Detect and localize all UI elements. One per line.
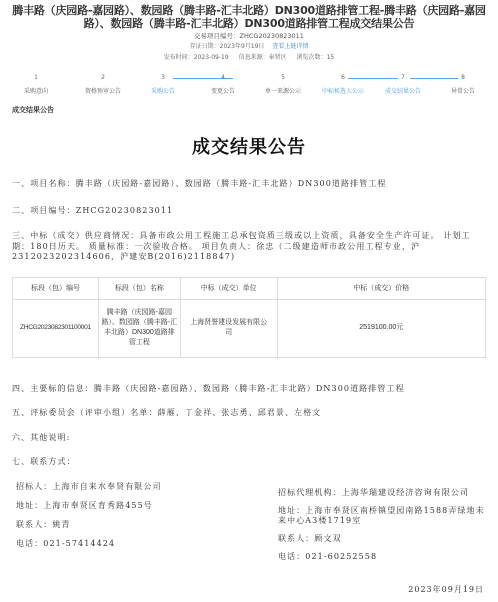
document-body: 一、项目名称：腾丰路（庆园路-嘉园路）、数园路（腾丰路-汇丰北路）DN300道路…: [0, 179, 498, 263]
step-label: 单一来源公示: [253, 88, 313, 96]
col-header-lot-code: 标段（包）编号: [13, 277, 99, 299]
committee-list: 五、评标委员会（评审小组）名单：薛雁、丁金祥、张志勇、邱君景、左格文: [12, 408, 486, 419]
step-6[interactable]: 6 中标候选人公示: [313, 74, 373, 96]
agency-contact-person: 联系人：顾文双: [278, 534, 492, 544]
table-header-row: 标段（包）编号 标段（包）名称 中标（成交）单位 中标（成交）价格: [13, 277, 486, 299]
step-number: 4: [193, 74, 253, 82]
step-label: 资格预审公告: [73, 88, 133, 96]
lot-code-cell: ZHCG2023082301100001: [13, 299, 99, 357]
step-label: 成交结果公告: [373, 88, 433, 96]
step-number: 1: [6, 74, 66, 82]
winner-cell: 上海贤誉建设发展有限公司: [180, 299, 277, 357]
info-source: 信息来源：奉贤区: [239, 54, 287, 61]
meta-line: 发布时间：2023-09-19 信息来源：奉贤区 浏览次数：15: [0, 54, 498, 62]
step-4[interactable]: 4 变更公告: [193, 74, 253, 96]
source-label: 信息来源：: [239, 54, 269, 61]
views-value: 15: [327, 54, 335, 61]
table-row: ZHCG2023082301100001 腾丰路（庆园路-嘉园路）、数园路（腾丰…: [13, 299, 486, 357]
step-label: 采购公告: [133, 88, 193, 96]
col-header-winner: 中标（成交）单位: [180, 277, 277, 299]
supplier-info: 三、中标（成交）供应商情况：具备市政公用工程施工总承包资质三级或以上资质，具备安…: [12, 231, 486, 263]
announcement-title: 腾丰路（庆园路-嘉园路）、数园路（腾丰路-汇丰北路）DN300道路排管工程-腾丰…: [0, 4, 498, 30]
project-code-line: 交易项目编号：ZHCG20230823011: [0, 32, 498, 40]
project-code-label: 交易项目编号：: [194, 32, 240, 40]
contact-heading: 七、联系方式：: [12, 457, 486, 468]
other-notes: 六、其他说明:: [12, 433, 486, 444]
lot-name-cell: 腾丰路（庆园路-嘉园路）、数园路（腾丰路-汇丰北路）DN300道路排管工程: [98, 299, 180, 357]
views-label: 浏览次数：: [297, 54, 327, 61]
project-name: 一、项目名称：腾丰路（庆园路-嘉园路）、数园路（腾丰路-汇丰北路）DN300道路…: [12, 179, 486, 190]
main-subject-info: 四、主要标的信息：腾丰路（庆园路-嘉园路）、数园路（腾丰路-汇丰北路）DN300…: [12, 384, 486, 395]
agency-phone: 电话：021-60252558: [278, 552, 492, 562]
col-header-lot-name: 标段（包）名称: [98, 277, 180, 299]
col-header-price: 中标（成交）价格: [277, 277, 485, 299]
evidence-date-label: 存证日期：: [190, 43, 220, 50]
price-cell: 2519100.00元: [277, 299, 485, 357]
step-number: 2: [73, 74, 133, 82]
publish-time: 发布时间：2023-09-19: [164, 54, 229, 61]
document-title: 成交结果公告: [0, 133, 498, 159]
step-number: 3: [133, 74, 193, 82]
step-3[interactable]: 3 采购公告: [133, 74, 193, 96]
project-number: 二、项目编号：ZHCG20230823011: [12, 206, 486, 217]
step-label: 变更公告: [193, 88, 253, 96]
step-label: 中标候选人公示: [313, 88, 373, 96]
step-7[interactable]: 7 成交结果公告: [373, 74, 433, 96]
publish-time-value: 2023-09-19: [194, 54, 229, 61]
step-label: 异常公告: [433, 88, 493, 96]
evidence-date: 2023年9月19日: [220, 43, 265, 50]
document-body-continued: 四、主要标的信息：腾丰路（庆园路-嘉园路）、数园路（腾丰路-汇丰北路）DN300…: [0, 384, 498, 468]
source-value: 奉贤区: [269, 54, 287, 61]
step-8[interactable]: 8 异常公告: [433, 74, 493, 96]
result-table: 标段（包）编号 标段（包）名称 中标（成交）单位 中标（成交）价格 ZHCG20…: [12, 277, 486, 358]
tenderer-contact: 招标人：上海市自来水奉贤有限公司 地址：上海市奉贤区育秀路455号 联系人：姚青…: [0, 474, 250, 562]
agency-address: 地址：上海市奉贤区南桥镇望园南路1588弄绿地未来中心A3楼1719室: [278, 506, 492, 526]
tenderer-phone: 电话：021-57414424: [16, 539, 250, 549]
announcement-header: 腾丰路（庆园路-嘉园路）、数园路（腾丰路-汇丰北路）DN300道路排管工程-腾丰…: [0, 0, 498, 62]
process-steps: 1 采购意向 2 资格预审公告 3 采购公告 4 变更公告 5 单一来源公示 6…: [0, 74, 498, 102]
publish-time-label: 发布时间：: [164, 54, 194, 61]
step-1[interactable]: 1 采购意向: [6, 74, 66, 96]
step-5[interactable]: 5 单一来源公示: [253, 74, 313, 96]
view-count: 浏览次数：15: [297, 54, 335, 61]
chain-detail-link[interactable]: 查看上链详情: [272, 43, 308, 50]
project-code: ZHCG20230823011: [240, 32, 304, 40]
evidence-line: 存证日期：2023年9月19日 查看上链详情: [0, 43, 498, 51]
tenderer-contact-person: 联系人：姚青: [16, 520, 250, 530]
step-number: 7: [373, 74, 433, 82]
announcement-date: 2023年09月19日: [408, 584, 484, 595]
step-number: 5: [253, 74, 313, 82]
agency-name: 招标代理机构：上海华瑞建设经济咨询有限公司: [278, 488, 492, 498]
step-label: 采购意向: [6, 88, 66, 96]
step-number: 8: [433, 74, 493, 82]
agency-contact: 招标代理机构：上海华瑞建设经济咨询有限公司 地址：上海市奉贤区南桥镇望园南路15…: [250, 486, 498, 562]
tenderer-name: 招标人：上海市自来水奉贤有限公司: [16, 482, 250, 492]
step-number: 6: [313, 74, 373, 82]
tenderer-address: 地址：上海市奉贤区育秀路455号: [16, 501, 250, 511]
section-tag: 成交结果公告: [0, 105, 498, 115]
contacts-section: 招标人：上海市自来水奉贤有限公司 地址：上海市奉贤区育秀路455号 联系人：姚青…: [0, 474, 498, 562]
step-2[interactable]: 2 资格预审公告: [73, 74, 133, 96]
